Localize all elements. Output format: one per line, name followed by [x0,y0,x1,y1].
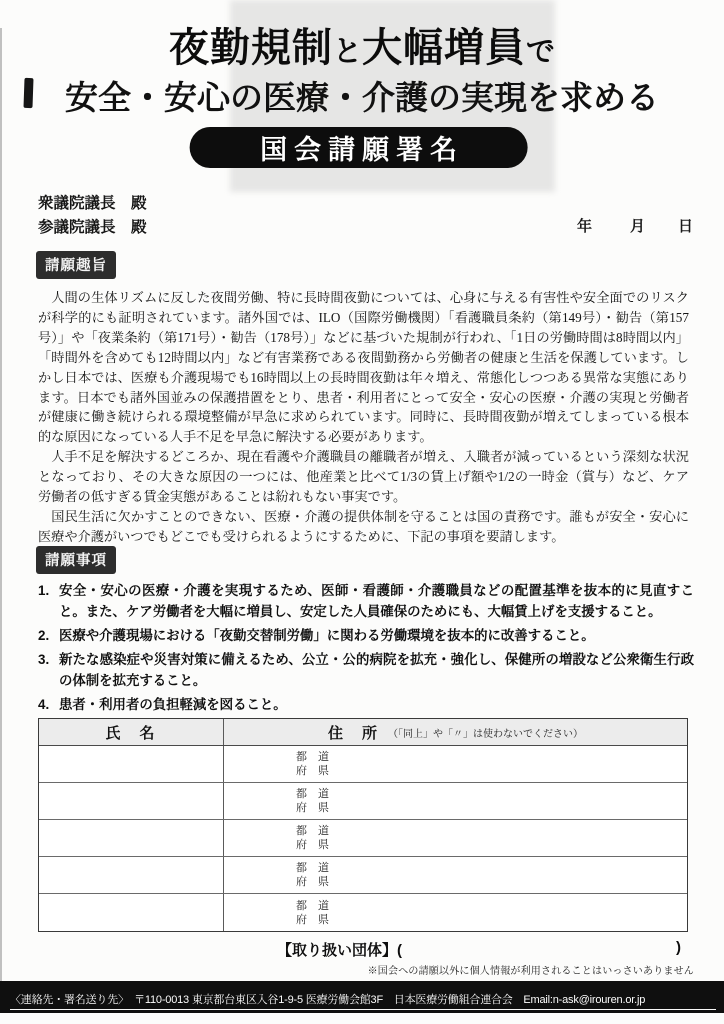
pref-label-bottom: 府 県 [296,764,329,778]
request-item-4: 4. 患者・利用者の負担軽減を図ること。 [38,694,694,715]
prefecture-circle-label: 都 道 府 県 [296,861,329,889]
pref-label-bottom: 府 県 [296,801,329,815]
handling-organization-paren-close: ) [676,939,681,956]
title-connector-2: で [526,36,555,68]
pref-label-top: 都 道 [296,899,329,913]
name-entry-cell [39,857,224,893]
title-emphasis-2: 大幅増員 [362,26,526,70]
request-item-text: 医療や介護現場における「夜勤交替制労働」に関わる労働環境を抜本的に改善すること。 [59,625,694,646]
signature-table: 氏 名 住 所 （「同上」や「〃」は使わないでください） 都 道 府 県 都 道 [38,718,688,932]
handling-organization-label: 【取り扱い団体】( [277,939,402,960]
header-cell-name: 氏 名 [39,719,224,745]
prefecture-circle-label: 都 道 府 県 [296,899,329,927]
petition-type-label: 国会請願署名 [253,128,464,167]
pref-label-bottom: 府 県 [296,913,329,927]
signature-row-3: 都 道 府 県 [39,820,687,857]
header-cell-address: 住 所 （「同上」や「〃」は使わないでください） [224,719,687,745]
contact-address-text: 〈連絡先・署名送り先〉 〒110-0013 東京都台東区入谷1-9-5 医療労働… [10,991,716,1010]
name-entry-cell [39,820,224,856]
petition-document-page: 夜勤規制と大幅増員で 安全・安心の医療・介護の実現を求める 国会請願署名 衆議院… [0,0,724,1024]
title-emphasis-1: 夜勤規制 [169,26,333,70]
request-item-number: 3. [38,649,59,692]
address-entry-cell: 都 道 府 県 [224,894,687,931]
address-entry-cell: 都 道 府 県 [224,783,687,819]
request-item-text: 患者・利用者の負担軽減を図ること。 [59,694,694,715]
request-item-text: 新たな感染症や災害対策に備えるため、公立・公的病院を拡充・強化し、保健所の増設な… [59,649,694,692]
purpose-paragraphs: 人間の生体リズムに反した夜間労働、特に長時間夜勤については、心身に与える有害性や… [38,288,689,547]
name-column-label: 氏 名 [105,722,156,743]
signature-row-1: 都 道 府 県 [39,746,687,783]
title-connector-1: と [333,36,362,68]
requests-section-badge: 請願事項 [36,546,116,574]
pref-label-top: 都 道 [296,750,329,764]
contact-address-bar: 〈連絡先・署名送り先〉 〒110-0013 東京都台東区入谷1-9-5 医療労働… [0,981,724,1013]
prefecture-circle-label: 都 道 府 県 [296,787,329,815]
name-entry-cell [39,783,224,819]
document-title-line1: 夜勤規制と大幅増員で [0,16,724,73]
prefecture-circle-label: 都 道 府 県 [296,824,329,852]
request-items-list: 1. 安全・安心の医療・介護を実現するため、医師・看護師・介護職員などの配置基準… [38,580,694,718]
addressee-house-of-representatives: 衆議院議長 殿 [38,192,147,216]
request-item-number: 1. [38,580,59,623]
request-item-text: 安全・安心の医療・介護を実現するため、医師・看護師・介護職員などの配置基準を抜本… [59,580,694,623]
date-day-label: 日 [678,215,693,236]
pref-label-top: 都 道 [296,824,329,838]
purpose-paragraph-2: 人手不足を解決するどころか、現在看護や介護職員の離職者が増え、入職者が減っている… [38,447,689,507]
pref-label-bottom: 府 県 [296,838,329,852]
signature-table-header: 氏 名 住 所 （「同上」や「〃」は使わないでください） [39,719,687,746]
date-year-label: 年 [577,215,592,236]
prefecture-circle-label: 都 道 府 県 [296,750,329,778]
request-item-number: 4. [38,694,59,715]
name-entry-cell [39,894,224,931]
request-item-3: 3. 新たな感染症や災害対策に備えるため、公立・公的病院を拡充・強化し、保健所の… [38,649,694,692]
petition-type-pill: 国会請願署名 [190,127,528,168]
address-column-note: （「同上」や「〃」は使わないでください） [388,725,583,740]
purpose-paragraph-3: 国民生活に欠かすことのできない、医療・介護の提供体制を守ることは国の責務です。誰… [38,507,689,547]
signature-row-4: 都 道 府 県 [39,857,687,894]
request-item-1: 1. 安全・安心の医療・介護を実現するため、医師・看護師・介護職員などの配置基準… [38,580,694,623]
name-entry-cell [39,746,224,782]
addressee-house-of-councillors: 参議院議長 殿 [38,216,147,240]
handling-organization-line: 【取り扱い団体】( ) [0,939,724,961]
pref-label-bottom: 府 県 [296,875,329,889]
address-entry-cell: 都 道 府 県 [224,746,687,782]
request-item-2: 2. 医療や介護現場における「夜勤交替制労働」に関わる労働環境を抜本的に改善する… [38,625,694,646]
pref-label-top: 都 道 [296,861,329,875]
address-column-label: 住 所 [328,722,379,743]
address-entry-cell: 都 道 府 県 [224,820,687,856]
signature-row-5: 都 道 府 県 [39,894,687,931]
pref-label-top: 都 道 [296,787,329,801]
signature-row-2: 都 道 府 県 [39,783,687,820]
request-item-number: 2. [38,625,59,646]
addressee-block: 衆議院議長 殿 参議院議長 殿 [38,192,147,240]
privacy-note: ※国会への請願以外に個人情報が利用されることはいっさいありません [368,962,694,977]
purpose-paragraph-1: 人間の生体リズムに反した夜間労働、特に長時間夜勤については、心身に与える有害性や… [38,288,689,447]
date-month-label: 月 [630,215,645,236]
address-entry-cell: 都 道 府 県 [224,857,687,893]
scan-artifact-left-edge [0,28,2,988]
document-title-line2: 安全・安心の医療・介護の実現を求める [0,72,724,119]
purpose-section-badge: 請願趣旨 [36,251,116,279]
